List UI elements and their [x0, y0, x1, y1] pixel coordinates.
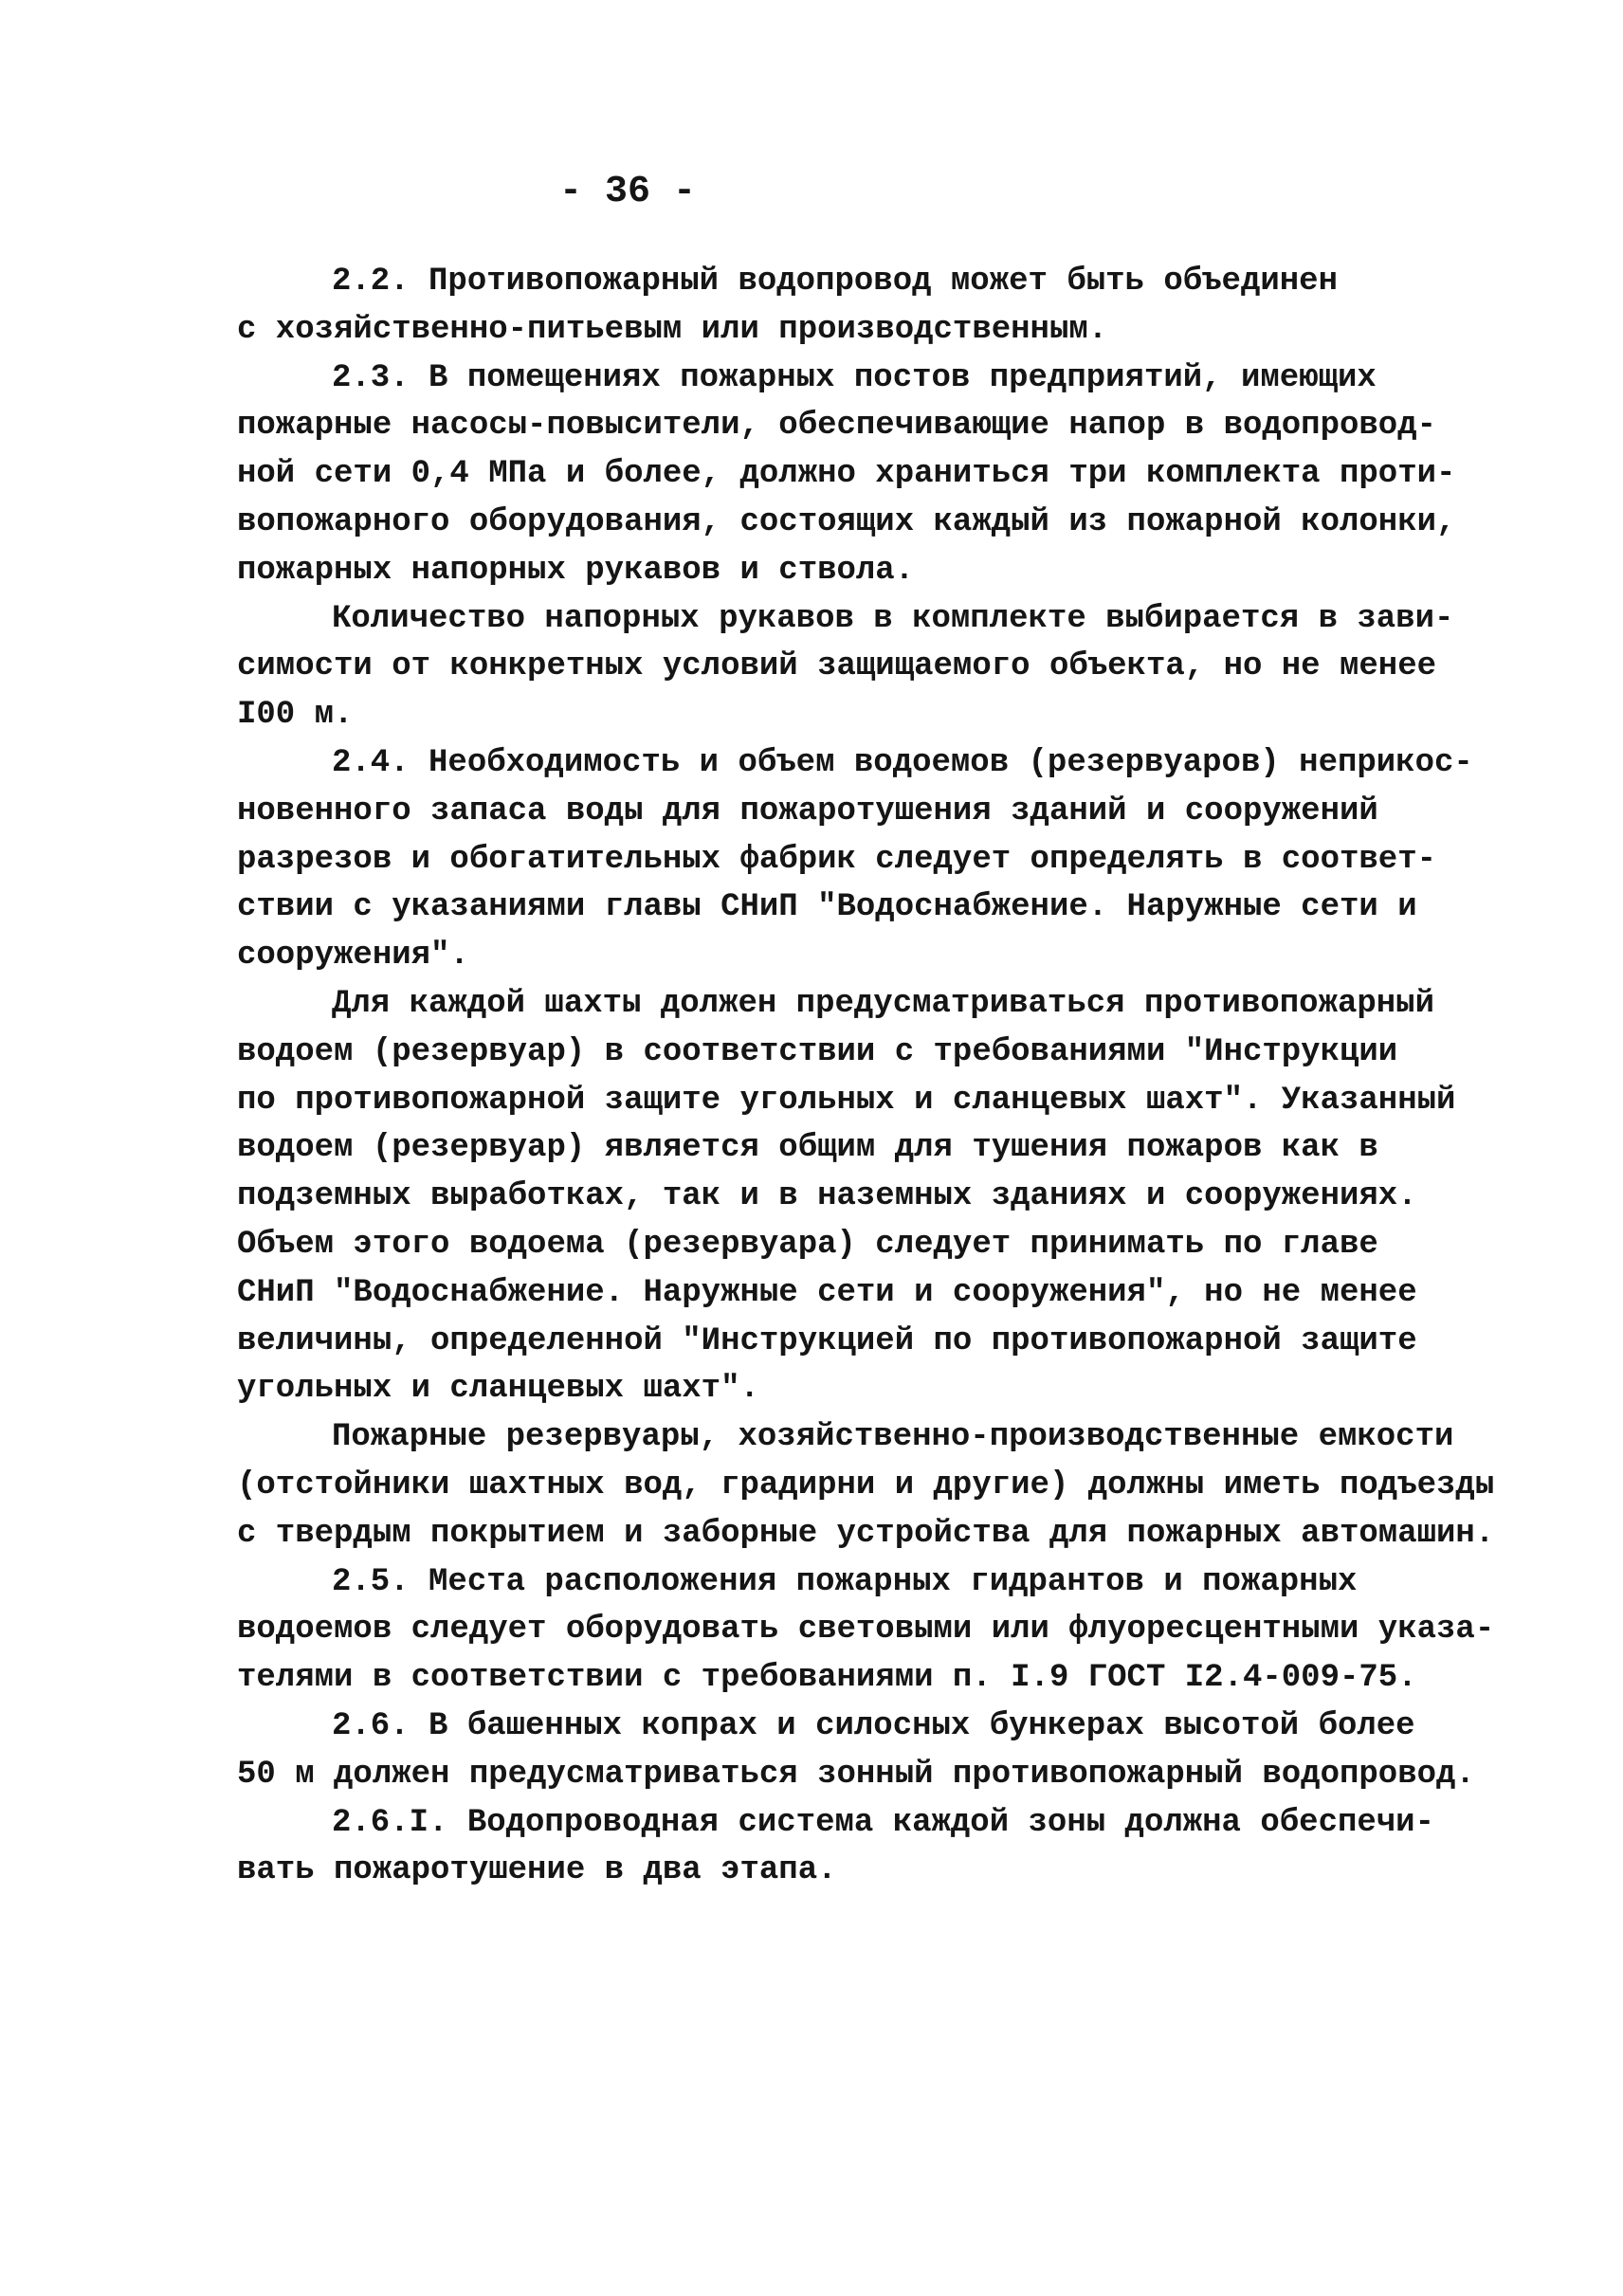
text-line: ствии с указаниями главы СНиП "Водоснабж…: [237, 884, 1526, 932]
text-line: водоем (резервуар) является общим для ту…: [237, 1124, 1526, 1173]
text-line: вать пожаротушение в два этапа.: [237, 1847, 1526, 1895]
text-line: 2.4. Необходимость и объем водоемов (рез…: [237, 739, 1526, 788]
text-line: величины, определенной "Инструкцией по п…: [237, 1318, 1526, 1366]
text-line: пожарных напорных рукавов и ствола.: [237, 547, 1526, 595]
text-line: 50 м должен предусматриваться зонный про…: [237, 1751, 1526, 1799]
text-line: 2.2. Противопожарный водопровод может бы…: [237, 258, 1526, 306]
page-number: - 36 -: [559, 171, 696, 213]
text-line: телями в соответствии с требованиями п. …: [237, 1654, 1526, 1703]
text-line: ной сети 0,4 МПа и более, должно хранить…: [237, 450, 1526, 499]
text-line: вопожарного оборудования, состоящих кажд…: [237, 499, 1526, 547]
text-line: 2.3. В помещениях пожарных постов предпр…: [237, 355, 1526, 403]
text-line: 2.5. Места расположения пожарных гидрант…: [237, 1558, 1526, 1607]
text-line: с твердым покрытием и заборные устройств…: [237, 1510, 1526, 1558]
text-line: Пожарные резервуары, хозяйственно-произв…: [237, 1413, 1526, 1462]
text-line: Для каждой шахты должен предусматриватьс…: [237, 980, 1526, 1029]
text-line: пожарные насосы-повысители, обеспечивающ…: [237, 402, 1526, 450]
text-line: водоемов следует оборудовать световыми и…: [237, 1606, 1526, 1654]
text-line: разрезов и обогатительных фабрик следует…: [237, 836, 1526, 884]
text-line: угольных и сланцевых шахт".: [237, 1365, 1526, 1413]
text-line: подземных выработках, так и в наземных з…: [237, 1173, 1526, 1221]
text-line: 2.6.I. Водопроводная система каждой зоны…: [237, 1799, 1526, 1848]
text-line: новенного запаса воды для пожаротушения …: [237, 788, 1526, 836]
text-line: Объем этого водоема (резервуара) следует…: [237, 1221, 1526, 1269]
text-line: сооружения".: [237, 932, 1526, 980]
text-line: I00 м.: [237, 691, 1526, 739]
scanned-page: - 36 - 2.2. Противопожарный водопровод м…: [0, 0, 1623, 2296]
text-line: СНиП "Водоснабжение. Наружные сети и соо…: [237, 1269, 1526, 1318]
text-line: Количество напорных рукавов в комплекте …: [237, 595, 1526, 644]
text-line: по противопожарной защите угольных и сла…: [237, 1077, 1526, 1125]
text-line: с хозяйственно-питьевым или производстве…: [237, 306, 1526, 355]
text-line: симости от конкретных условий защищаемог…: [237, 643, 1526, 691]
document-body: 2.2. Противопожарный водопровод может бы…: [237, 258, 1526, 1895]
text-line: водоем (резервуар) в соответствии с треб…: [237, 1029, 1526, 1077]
text-line: (отстойники шахтных вод, градирни и друг…: [237, 1462, 1526, 1510]
text-line: 2.6. В башенных копрах и силосных бункер…: [237, 1703, 1526, 1751]
